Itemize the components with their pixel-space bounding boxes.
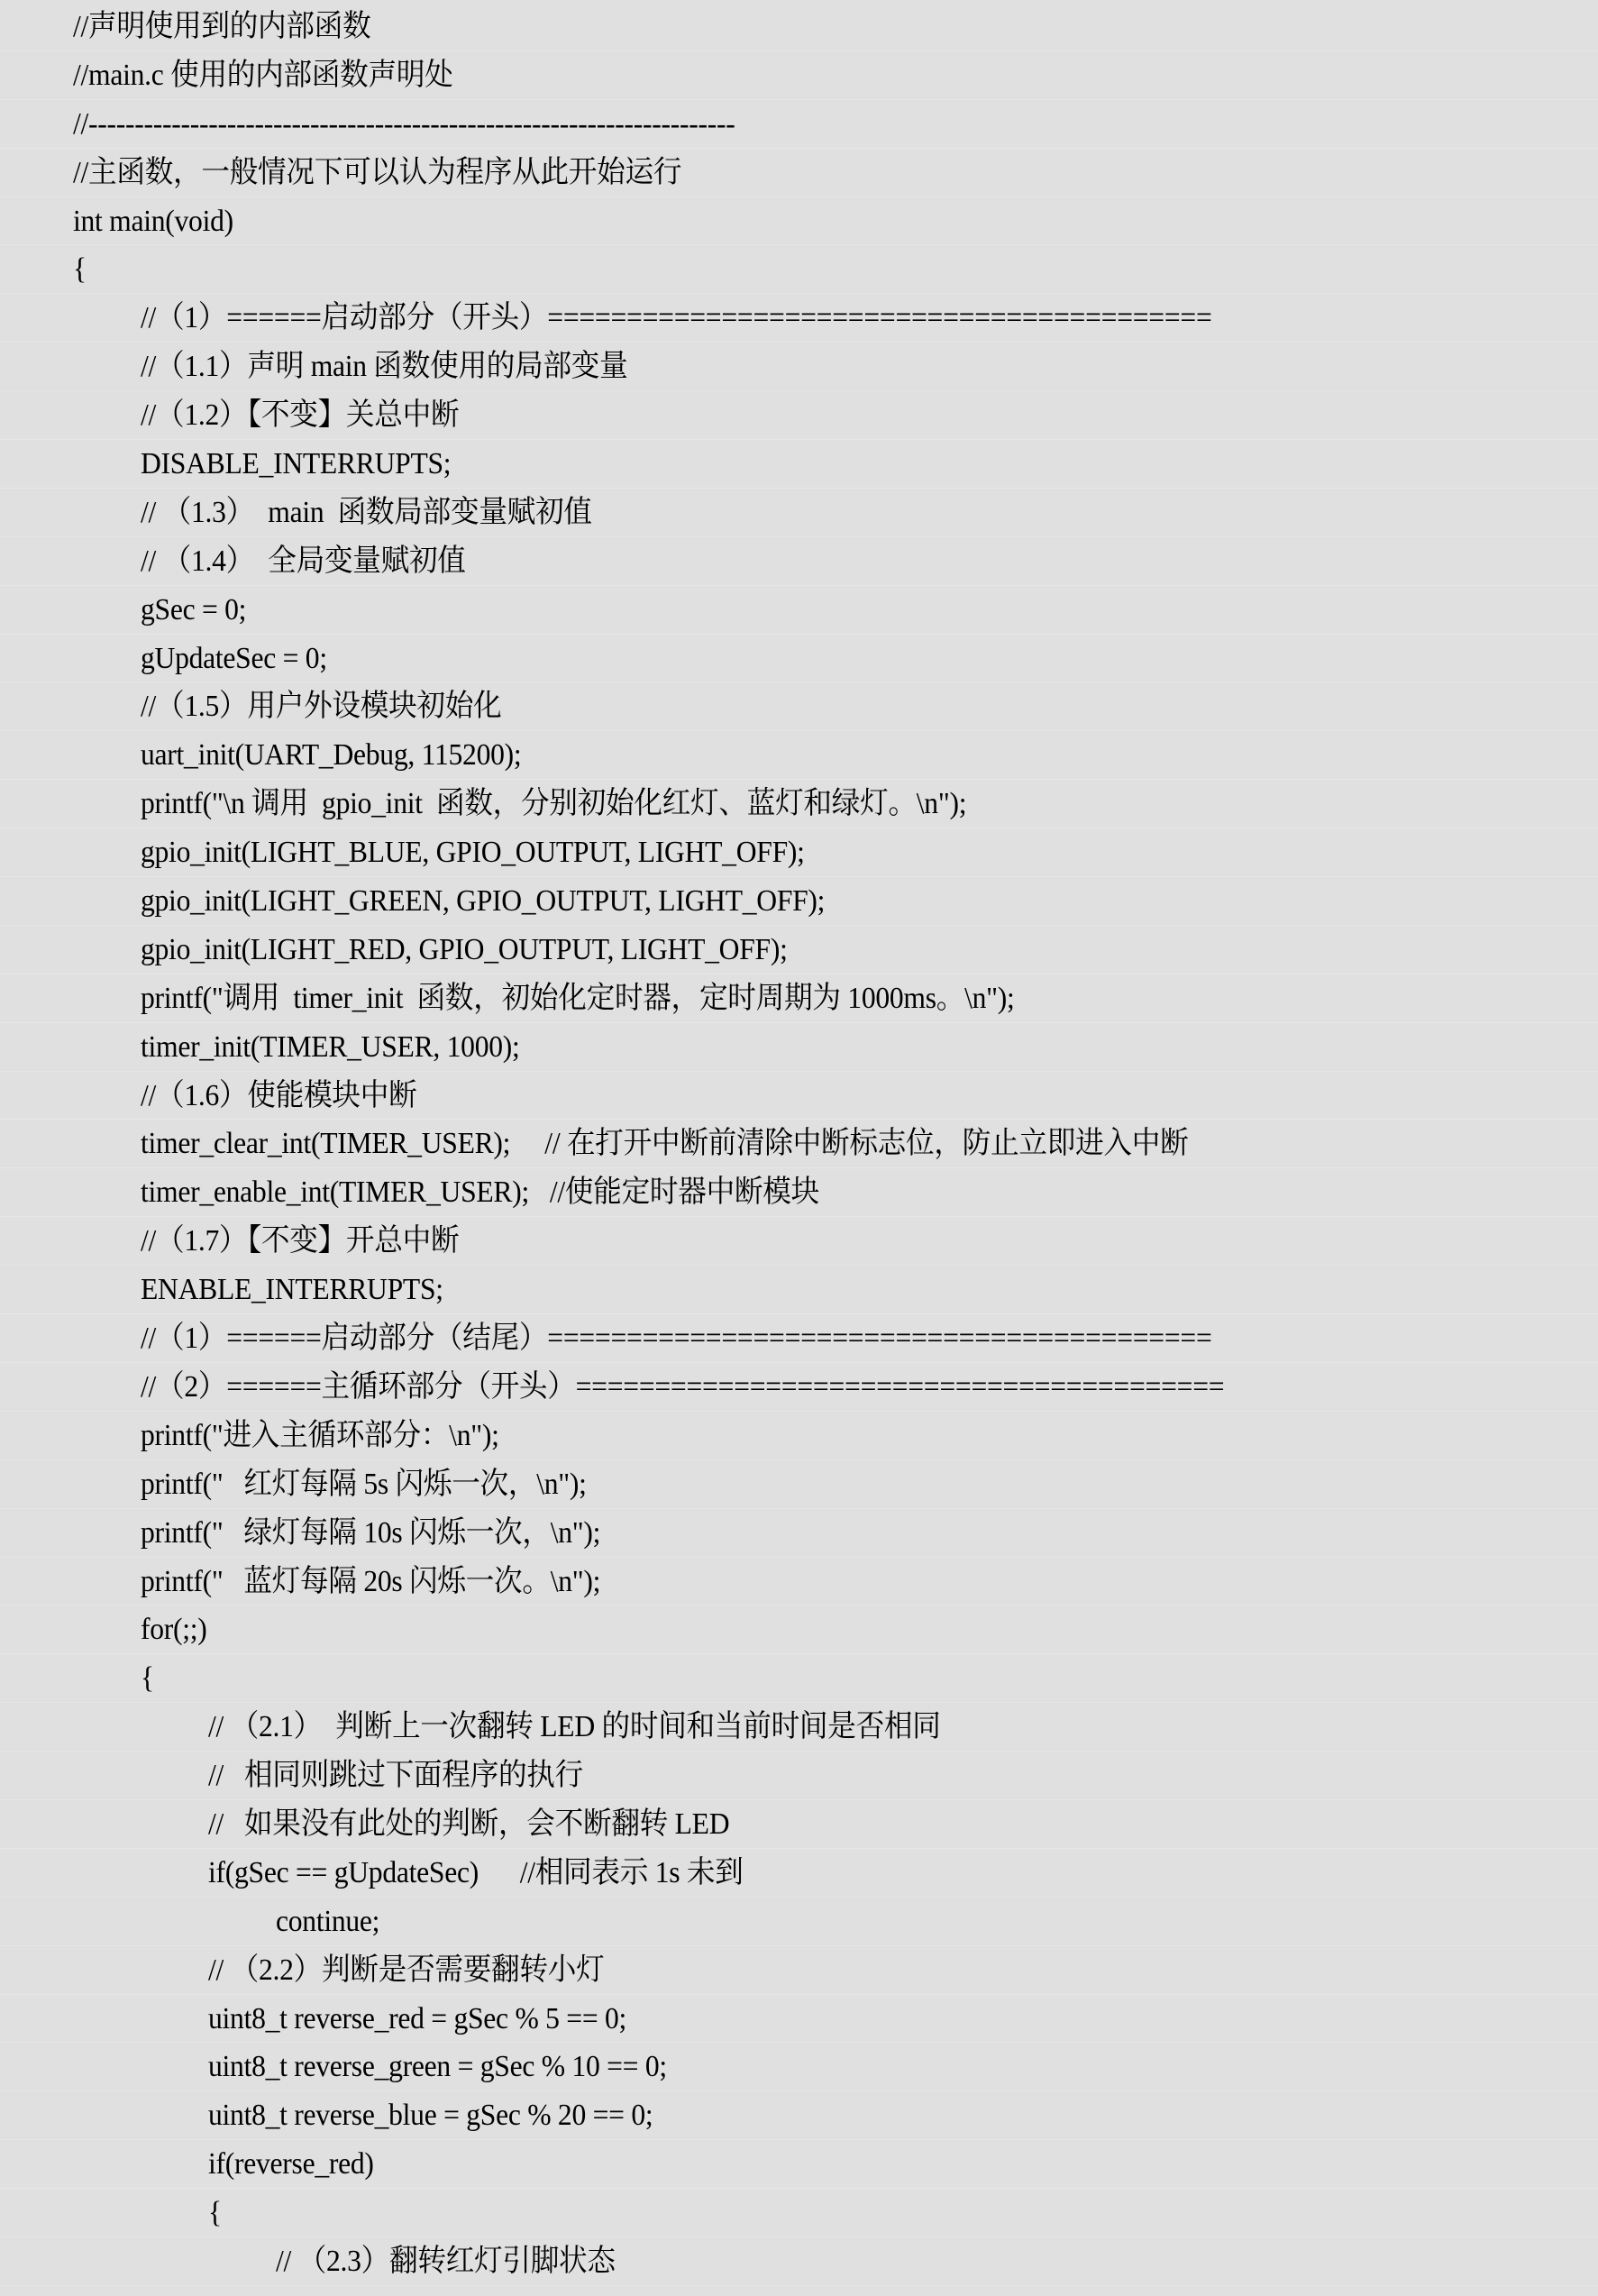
code-line-text: gpio_init(LIGHT_RED, GPIO_OUTPUT, LIGHT_… [141,926,788,974]
code-line: // 如果没有此处的判断，会不断翻转 LED [0,1800,1598,1849]
code-line: printf("进入主循环部分：\n"); [0,1412,1598,1460]
code-line: timer_init(TIMER_USER, 1000); [0,1023,1598,1072]
code-line: { [0,245,1598,294]
code-listing: //声明使用到的内部函数//main.c 使用的内部函数声明处//-------… [0,3,1598,2286]
code-line-text: // （1.4） 全局变量赋初值 [141,537,466,586]
code-line-text: printf(" 蓝灯每隔 20s 闪烁一次。\n"); [141,1558,600,1606]
code-line: continue; [0,1898,1598,1946]
code-line-text: if(gSec == gUpdateSec) //相同表示 1s 未到 [208,1849,744,1898]
code-line: printf("\n 调用 gpio_init 函数，分别初始化红灯、蓝灯和绿灯… [0,780,1598,828]
code-page: //声明使用到的内部函数//main.c 使用的内部函数声明处//-------… [0,0,1598,2296]
code-line-text: if(reverse_red) [208,2140,374,2189]
code-line-text: gUpdateSec = 0; [141,635,327,683]
code-line: timer_enable_int(TIMER_USER); //使能定时器中断模… [0,1168,1598,1217]
code-line: //--------------------------------------… [0,100,1598,149]
code-line-text: //（1.6）使能模块中断 [141,1072,416,1121]
code-line: // （1.3） main 函数局部变量赋初值 [0,489,1598,537]
code-line-text: // （1.3） main 函数局部变量赋初值 [141,489,592,537]
code-line: gpio_init(LIGHT_RED, GPIO_OUTPUT, LIGHT_… [0,926,1598,974]
code-line-text: // （2.2）判断是否需要翻转小灯 [208,1946,604,1995]
code-line: // （2.3）翻转红灯引脚状态 [0,2237,1598,2286]
code-line: gpio_init(LIGHT_GREEN, GPIO_OUTPUT, LIGH… [0,877,1598,926]
code-line-text: // 相同则跳过下面程序的执行 [208,1752,583,1800]
code-line: uint8_t reverse_green = gSec % 10 == 0; [0,2043,1598,2091]
code-line: { [0,1654,1598,1703]
code-line-text: printf(" 绿灯每隔 10s 闪烁一次，\n"); [141,1509,600,1558]
code-line: { [0,2189,1598,2237]
code-line: uart_init(UART_Debug, 115200); [0,731,1598,780]
code-line-text: continue; [276,1898,379,1946]
code-line: gUpdateSec = 0; [0,635,1598,683]
code-line: //主函数，一般情况下可以认为程序从此开始运行 [0,149,1598,197]
code-line-text: uart_init(UART_Debug, 115200); [141,731,521,780]
code-line: //main.c 使用的内部函数声明处 [0,51,1598,100]
code-line: //声明使用到的内部函数 [0,3,1598,51]
code-line: //（1.2）【不变】关总中断 [0,391,1598,440]
code-line-text: //（1.2）【不变】关总中断 [141,391,459,440]
code-line-text: timer_clear_int(TIMER_USER); // 在打开中断前清除… [141,1120,1188,1168]
code-line: DISABLE_INTERRUPTS; [0,440,1598,489]
code-line-text: uint8_t reverse_blue = gSec % 20 == 0; [208,2091,653,2140]
code-line: timer_clear_int(TIMER_USER); // 在打开中断前清除… [0,1120,1598,1168]
code-line: //（1.1）声明 main 函数使用的局部变量 [0,343,1598,391]
code-line-text: //（1.5）用户外设模块初始化 [141,682,501,731]
code-line-text: int main(void) [73,197,233,246]
code-line-text: //（2）======主循环部分（开头）====================… [141,1363,1224,1412]
code-line: gpio_init(LIGHT_BLUE, GPIO_OUTPUT, LIGHT… [0,828,1598,877]
code-line: // （1.4） 全局变量赋初值 [0,537,1598,586]
code-line-text: //（1.1）声明 main 函数使用的局部变量 [141,343,628,391]
code-line-text: printf("进入主循环部分：\n"); [141,1412,499,1460]
code-line: gSec = 0; [0,586,1598,635]
code-line-text: gSec = 0; [141,586,246,635]
code-line: printf(" 绿灯每隔 10s 闪烁一次，\n"); [0,1509,1598,1558]
code-line-text: //（1.7）【不变】开总中断 [141,1217,459,1266]
code-line-text: { [208,2189,222,2237]
code-line: if(gSec == gUpdateSec) //相同表示 1s 未到 [0,1849,1598,1898]
code-line-text: gpio_init(LIGHT_GREEN, GPIO_OUTPUT, LIGH… [141,877,825,926]
code-line-text: // （2.1） 判断上一次翻转 LED 的时间和当前时间是否相同 [208,1703,941,1752]
code-line: // （2.1） 判断上一次翻转 LED 的时间和当前时间是否相同 [0,1703,1598,1752]
code-line: // 相同则跳过下面程序的执行 [0,1752,1598,1800]
code-line: printf(" 红灯每隔 5s 闪烁一次，\n"); [0,1460,1598,1509]
code-line-text: //主函数，一般情况下可以认为程序从此开始运行 [73,149,681,197]
code-line: uint8_t reverse_red = gSec % 5 == 0; [0,1995,1598,2044]
code-line-text: for(;;) [141,1605,207,1654]
code-line: if(reverse_red) [0,2140,1598,2189]
code-line: printf(" 蓝灯每隔 20s 闪烁一次。\n"); [0,1558,1598,1606]
code-line: //（1）======启动部分（结尾）=====================… [0,1314,1598,1363]
code-line-text: timer_init(TIMER_USER, 1000); [141,1023,520,1072]
code-line: //（1.5）用户外设模块初始化 [0,682,1598,731]
code-line-text: uint8_t reverse_green = gSec % 10 == 0; [208,2043,667,2091]
code-line: //（2）======主循环部分（开头）====================… [0,1363,1598,1412]
code-line-text: uint8_t reverse_red = gSec % 5 == 0; [208,1995,626,2044]
code-line-text: //（1）======启动部分（开头）=====================… [141,294,1212,343]
code-line-text: { [141,1654,154,1703]
code-line-text: //（1）======启动部分（结尾）=====================… [141,1314,1212,1363]
code-line-text: timer_enable_int(TIMER_USER); //使能定时器中断模… [141,1168,819,1217]
code-line: //（1.6）使能模块中断 [0,1072,1598,1121]
code-line: //（1）======启动部分（开头）=====================… [0,294,1598,343]
code-line: uint8_t reverse_blue = gSec % 20 == 0; [0,2091,1598,2140]
code-line-text: DISABLE_INTERRUPTS; [141,440,451,489]
code-line-text: ENABLE_INTERRUPTS; [141,1266,443,1314]
code-line: ENABLE_INTERRUPTS; [0,1266,1598,1314]
code-line: printf("调用 timer_init 函数，初始化定时器，定时周期为 10… [0,974,1598,1023]
code-line: int main(void) [0,197,1598,246]
code-line-text: printf("\n 调用 gpio_init 函数，分别初始化红灯、蓝灯和绿灯… [141,780,966,828]
code-line-text: { [73,245,87,294]
code-line-text: //--------------------------------------… [73,100,735,149]
code-line-text: //main.c 使用的内部函数声明处 [73,51,453,100]
code-line-text: // 如果没有此处的判断，会不断翻转 LED [208,1800,729,1849]
code-line-text: gpio_init(LIGHT_BLUE, GPIO_OUTPUT, LIGHT… [141,828,805,877]
code-line: //（1.7）【不变】开总中断 [0,1217,1598,1266]
code-line-text: printf(" 红灯每隔 5s 闪烁一次，\n"); [141,1460,587,1509]
code-line: // （2.2）判断是否需要翻转小灯 [0,1946,1598,1995]
code-line-text: //声明使用到的内部函数 [73,3,370,51]
code-line: for(;;) [0,1605,1598,1654]
code-line-text: printf("调用 timer_init 函数，初始化定时器，定时周期为 10… [141,974,1015,1023]
code-line-text: // （2.3）翻转红灯引脚状态 [276,2237,616,2286]
